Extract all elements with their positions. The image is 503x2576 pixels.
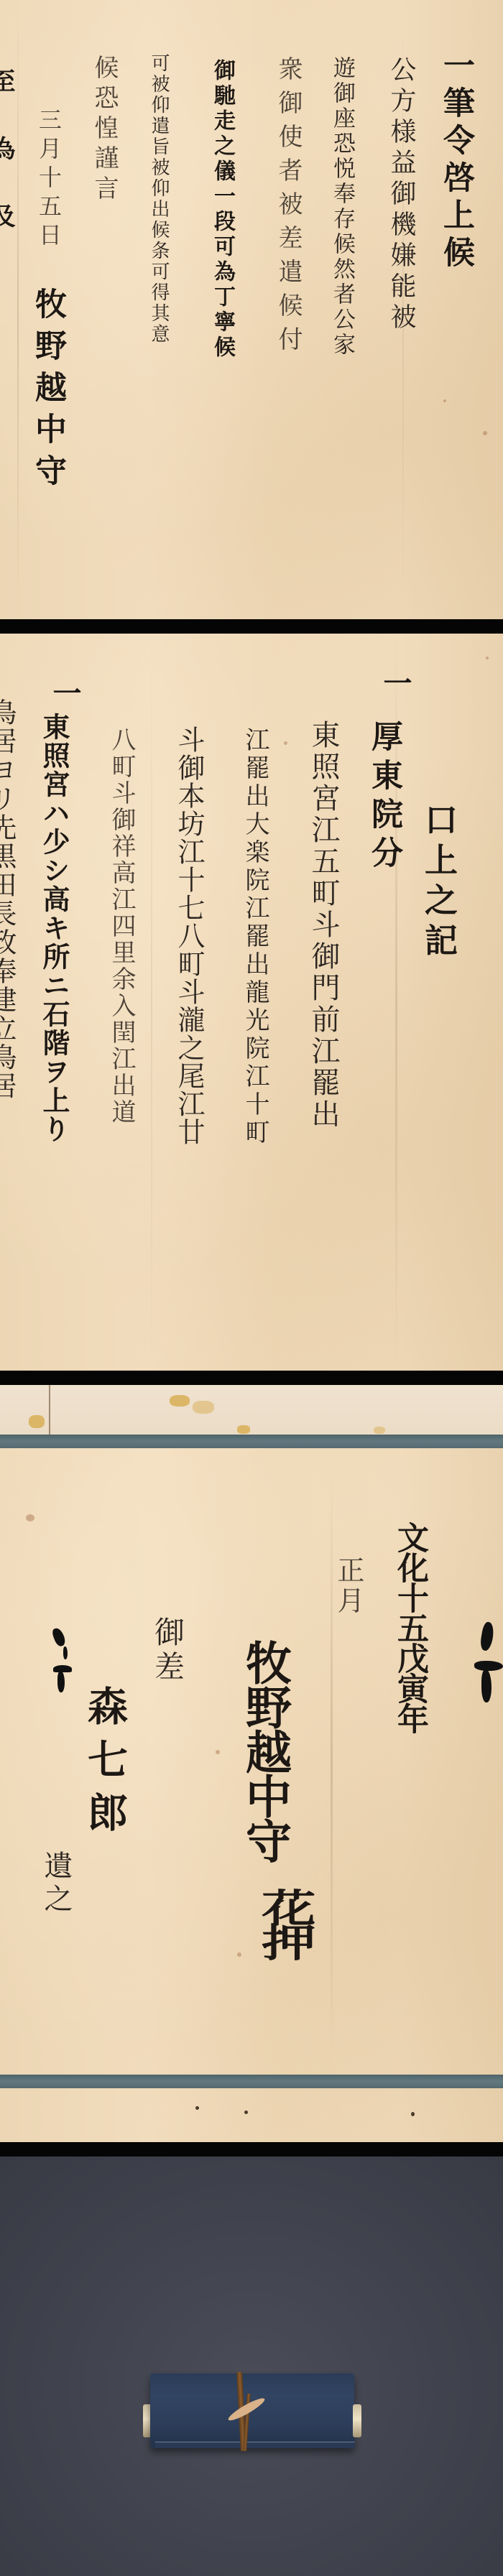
binding-mark-right: [474, 1661, 503, 1671]
column-text: 東照宮江五町斗御門前江罷出: [309, 720, 338, 1131]
column-text: 御馳走之儀一段可為丁寧候: [211, 59, 233, 361]
kao-monogram: 花押: [258, 1888, 313, 1957]
stain-spot: [237, 1952, 241, 1957]
stain-spot: [26, 1514, 34, 1521]
item-mark: 一: [381, 668, 410, 698]
month: 正月: [335, 1556, 362, 1616]
column-text: 東照宮ハ少シ高キ所ニ石階ヲ上り: [40, 713, 68, 1144]
scroll-end-cap-right: [353, 2404, 361, 2437]
document-page-2: 口上之記 一 厚東院分 東照宮江五町斗御門前江罷出 江罷出大楽院江罷出龍光院江十…: [0, 634, 503, 1371]
honorific: 御差: [152, 1616, 183, 1685]
binding-mark-left: [63, 1646, 68, 1659]
column-text: 遊御座恐悦奉存候然者公家: [331, 56, 353, 358]
column-text: 公方様益御機嫌能被: [388, 56, 414, 334]
stain-spot: [411, 2112, 415, 2116]
panel-divider: [0, 1371, 503, 1385]
column-text-cut: 鳥居ヨリ先黒田長政奉建立鳥居: [0, 698, 14, 1101]
gold-fleck: [374, 1427, 385, 1434]
panel-divider: [0, 2142, 503, 2156]
gold-fleck: [237, 1425, 250, 1434]
gold-fleck: [193, 1401, 214, 1414]
gold-fleck: [29, 1415, 45, 1428]
gold-fleck: [170, 1395, 190, 1407]
era-date: 文化十五戊寅年: [394, 1521, 425, 1733]
column-text: 八町斗御祥高江四里余入閏江出道: [109, 727, 134, 1126]
mounting-seam: [49, 1385, 50, 1435]
signature: 牧野越中守: [32, 287, 63, 496]
date-text: 三月十五日: [37, 108, 60, 251]
column-closing: 候恐惶謹言: [92, 55, 116, 205]
closing: 遺之: [42, 1850, 70, 1917]
recipient: 森七郎: [85, 1685, 125, 1845]
mount-band-bottom: [0, 2075, 503, 2088]
signature: 牧野越中守: [241, 1639, 287, 1862]
mounting-paper-top: [0, 1385, 503, 1435]
binding-mark-right: [481, 1669, 492, 1702]
document-page-3: 文化十五戊寅年 正月 牧野越中守 花押 御差 森七郎 遺之: [0, 1385, 503, 2142]
stain-spot: [443, 399, 446, 402]
column-text: 斗御本坊江十七八町斗瀧之尾江廿: [175, 726, 203, 1146]
stain-spot: [486, 657, 489, 659]
binding-mark-right: [479, 1621, 496, 1651]
stain-spot: [244, 2111, 248, 2114]
column-text: 江罷出大楽院江罷出龍光院江十町: [243, 727, 267, 1147]
item-mark: 一: [50, 678, 79, 708]
panel-divider: [0, 619, 503, 634]
stain-spot: [483, 431, 487, 435]
stain-spot: [195, 2106, 199, 2110]
stain-spot: [284, 741, 287, 745]
stain-spot: [216, 1750, 220, 1754]
column-opening: 一筆令啓上候: [440, 49, 471, 273]
rolled-scroll-photo: [0, 2156, 503, 2576]
binding-mark-left: [57, 1671, 65, 1692]
binding-mark-left: [51, 1626, 67, 1647]
mount-band-top: [0, 1435, 503, 1448]
document-page-1: 一筆令啓上候 公方様益御機嫌能被 遊御座恐悦奉存候然者公家 衆御使者被差遣候付 …: [0, 0, 503, 619]
scroll-cover-lip: [155, 2442, 355, 2448]
binding-mark-left: [53, 1665, 72, 1672]
column-text-cut: 至為及: [0, 68, 13, 271]
column-text: 可被仰遣旨被仰出候条可得其意: [149, 53, 168, 345]
heading: 口上之記: [423, 802, 456, 963]
paper-crease: [151, 634, 152, 1371]
paper-crease: [17, 0, 19, 619]
column-text: 衆御使者被差遣候付: [276, 56, 300, 360]
item-title: 厚東院分: [368, 720, 400, 875]
